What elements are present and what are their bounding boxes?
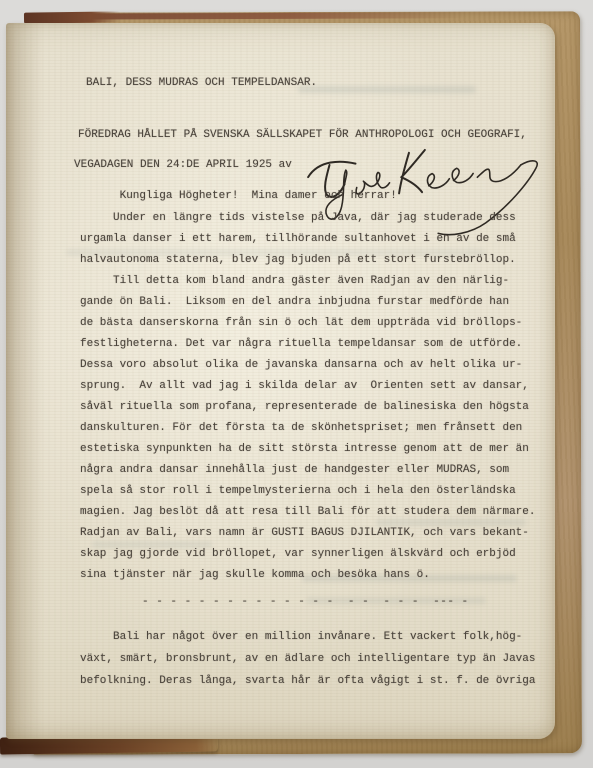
typed-line: sina tjänster när jag skulle komma och b… (80, 565, 535, 586)
typed-line: några andra dansar innehålla just de han… (80, 460, 535, 481)
paragraph-1: Under en längre tids vistelse på Java, d… (80, 208, 535, 586)
typed-line: sprung. Av allt vad jag i skilda delar a… (80, 376, 535, 397)
typed-line: Under en längre tids vistelse på Java, d… (80, 208, 535, 229)
typed-line: växt, smärt, bronsbrunt, av en ädlare oc… (80, 648, 535, 670)
typed-line: danskulturen. För det första ta de skönh… (80, 418, 535, 439)
typed-line: såväl rituella som profana, representera… (80, 397, 535, 418)
typed-line: befolkning. Deras långa, svarta hår är o… (80, 670, 535, 692)
typed-line: halvautonoma staterna, blev jag bjuden p… (80, 250, 535, 271)
typed-line: Till detta kom bland andra gäster även R… (80, 271, 535, 292)
photographed-manuscript: BALI, DESS MUDRAS OCH TEMPELDANSAR. FÖRE… (0, 0, 593, 768)
typed-line: Dessa voro absolut olika de javanska dan… (80, 355, 535, 376)
dashed-separator: - - - - - - - - - - - - - - - - - - - --… (142, 592, 469, 613)
paragraph-2: Bali har något över en million invånare.… (80, 626, 535, 692)
typed-line: spela så stor roll i tempelmysterierna o… (80, 481, 535, 502)
typed-line: de bästa danserskorna från sin ö och lät… (80, 313, 535, 334)
typed-line: gande ön Bali. Liksom en del andra inbju… (80, 292, 535, 313)
typed-line: Bali har något över en million invånare.… (80, 626, 535, 648)
typed-line: estetiska synpunkten ha de sitt största … (80, 439, 535, 460)
typed-line: festligheterna. Det var några rituella t… (80, 334, 535, 355)
typed-line: Radjan av Bali, vars namn är GUSTI BAGUS… (80, 523, 535, 544)
typed-line: skap jag gjorde vid bröllopet, var synne… (80, 544, 535, 565)
leather-binding-top-left (24, 11, 120, 23)
salutation: Kungliga Högheter! Mina damer och herrar… (80, 186, 397, 207)
manuscript-page: BALI, DESS MUDRAS OCH TEMPELDANSAR. FÖRE… (6, 23, 555, 739)
document-title: BALI, DESS MUDRAS OCH TEMPELDANSAR. (86, 73, 317, 94)
typed-content: BALI, DESS MUDRAS OCH TEMPELDANSAR. FÖRE… (6, 23, 555, 739)
typed-line: magien. Jag beslöt då att resa till Bali… (80, 502, 535, 523)
lecture-subtitle-line2: VEGADAGEN DEN 24:DE APRIL 1925 av (74, 155, 292, 176)
typed-line: urgamla danser i ett harem, tillhörande … (80, 229, 535, 250)
